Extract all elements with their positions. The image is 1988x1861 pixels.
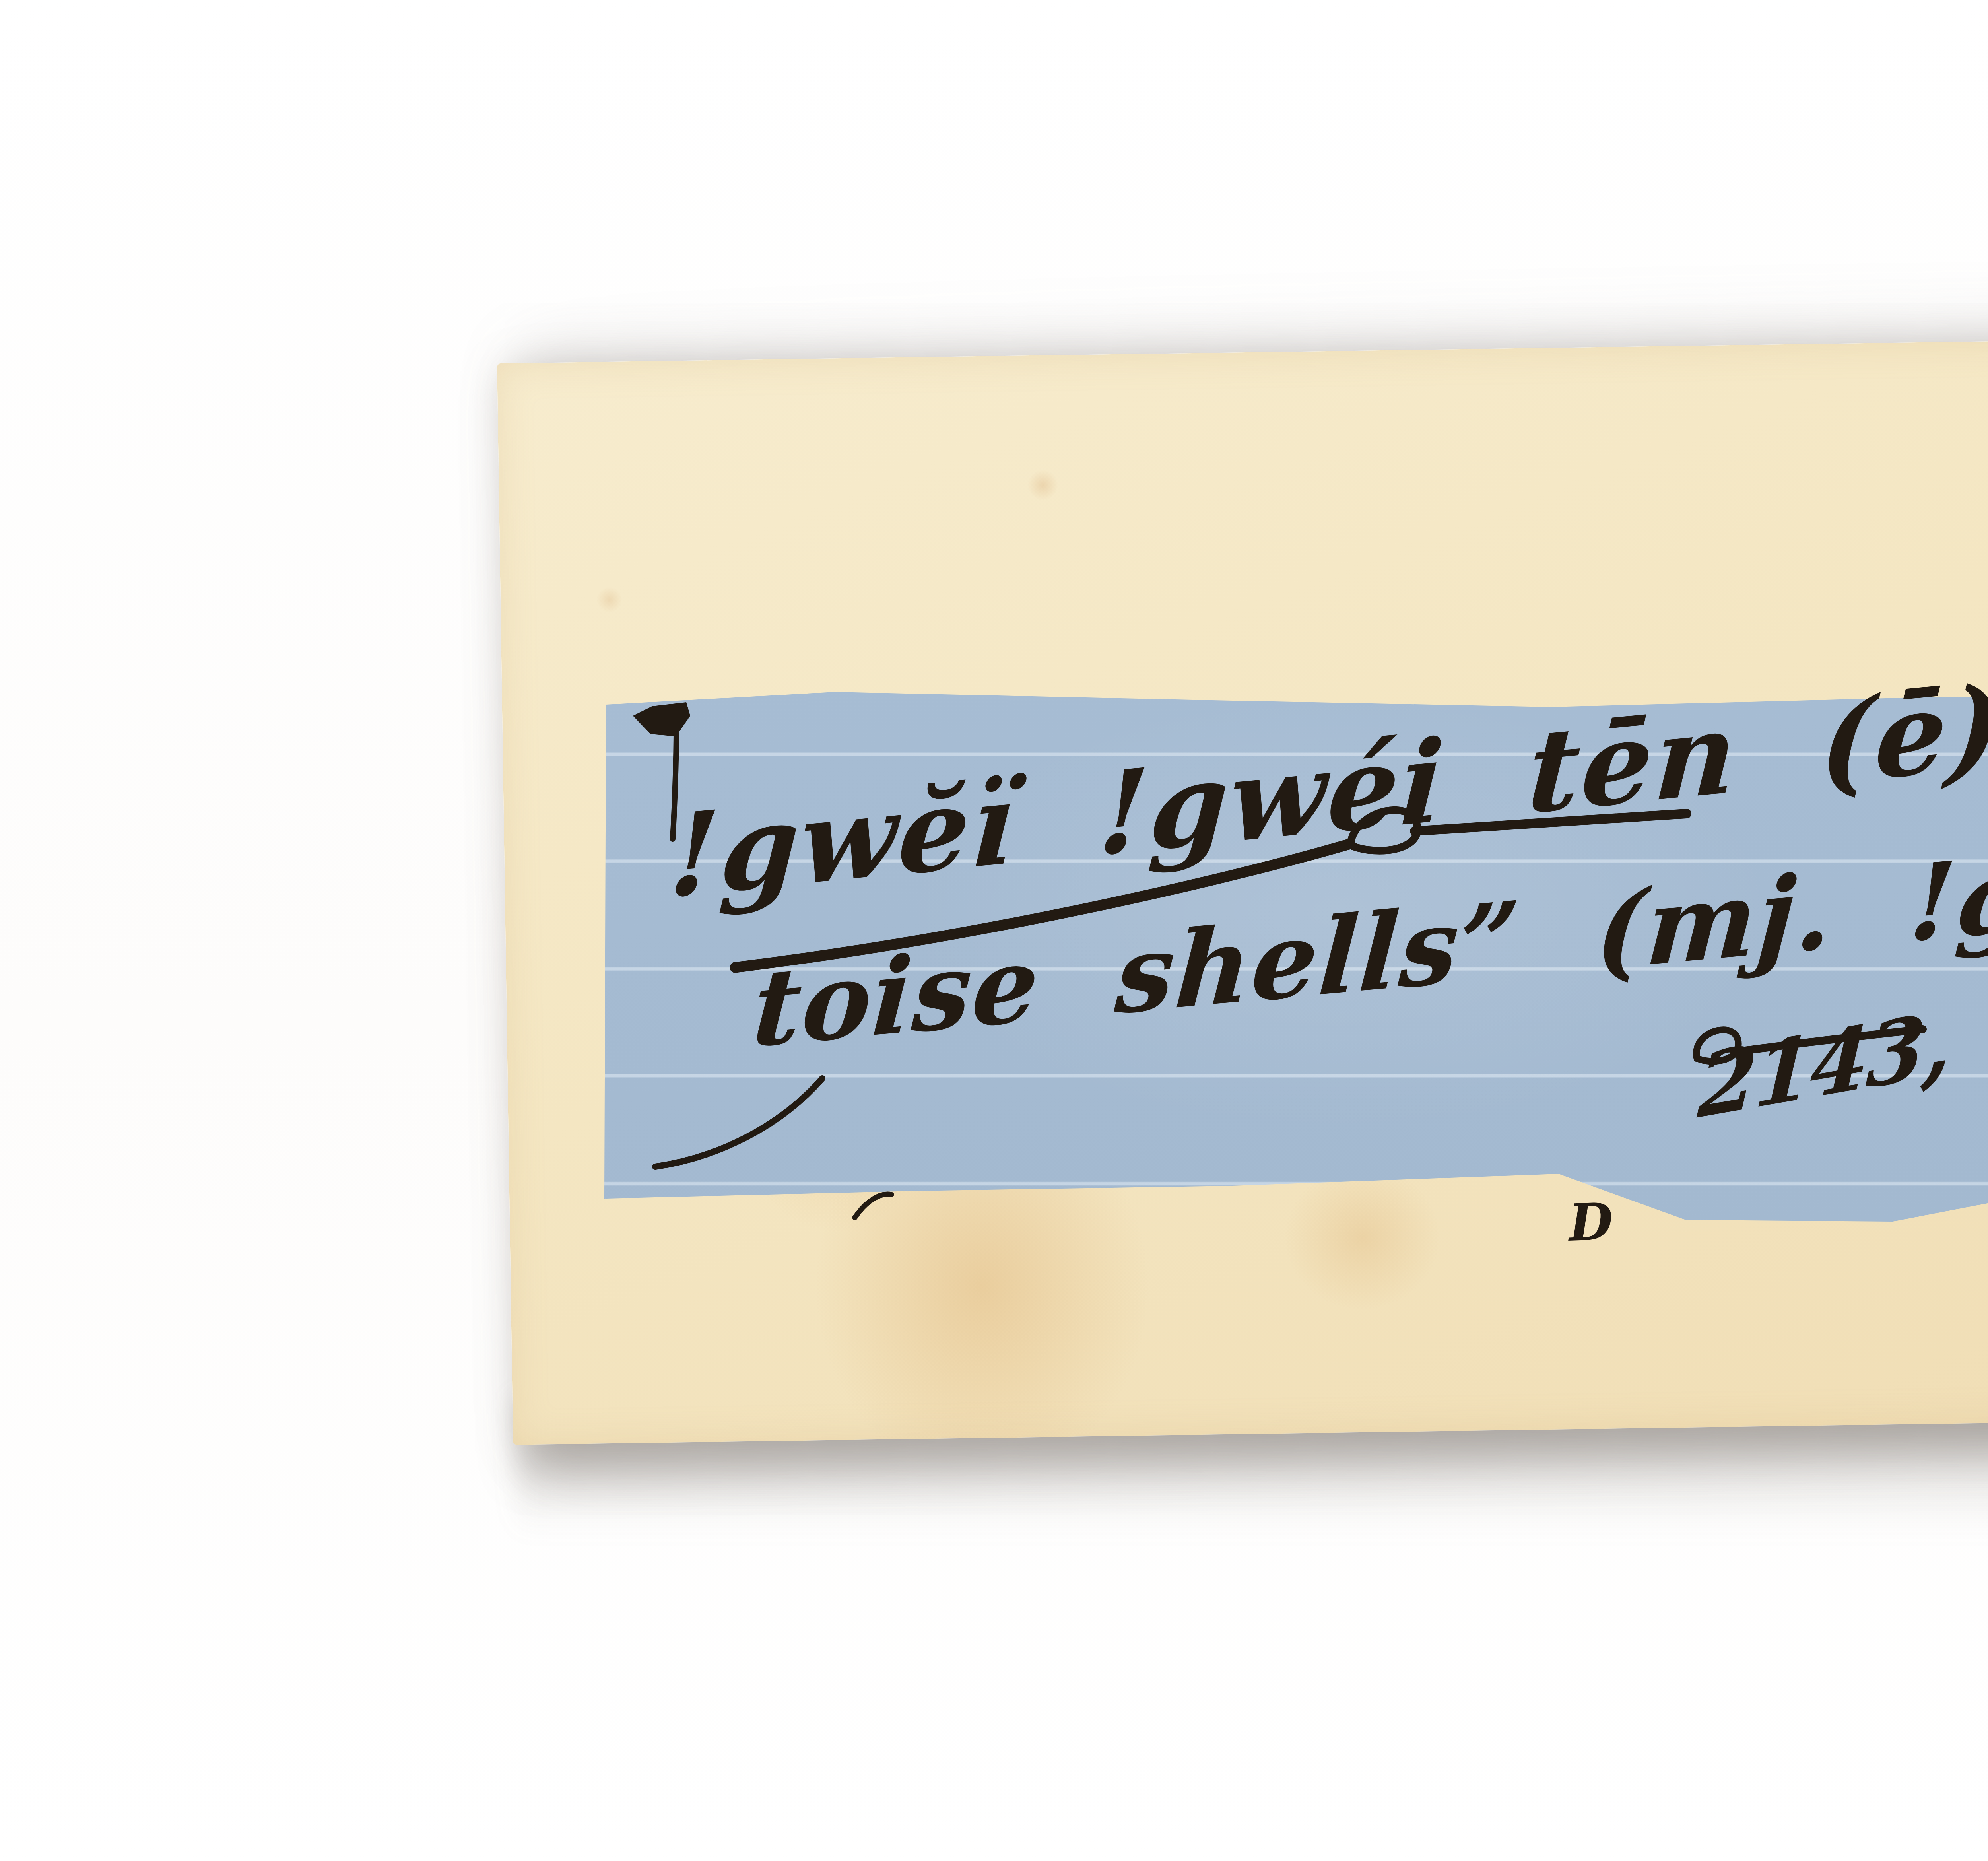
swash-stroke xyxy=(655,1078,822,1167)
photo-background: !gwĕï !gwéi tēn (ē) “tor- toise shells” … xyxy=(0,0,1988,1861)
cutoff-flourish xyxy=(855,1194,891,1218)
annotation-letter-d: D xyxy=(1568,1196,1614,1249)
ink-blot xyxy=(633,702,690,736)
